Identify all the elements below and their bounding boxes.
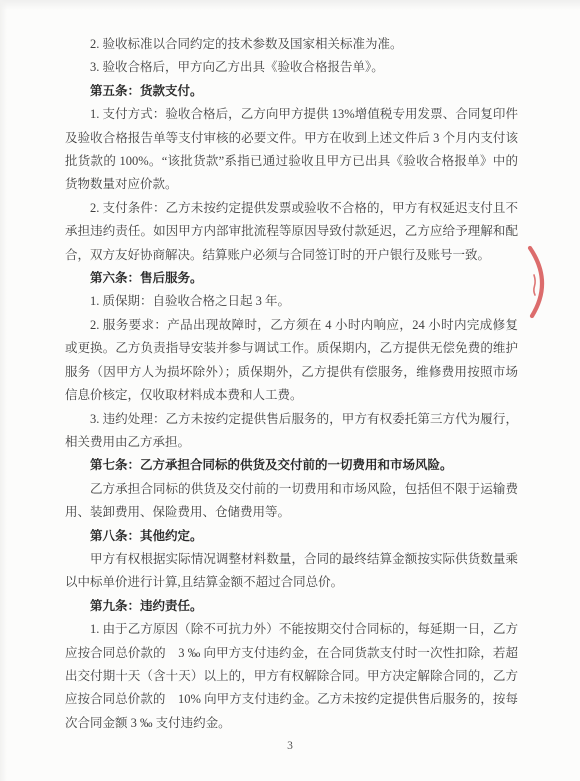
- clause-paragraph: 2. 支付条件：乙方未按约定提供发票或验收不合格的，甲方有权延迟支付且不承担违约…: [65, 197, 518, 267]
- clause-paragraph: 1. 质保期：自验收合格之日起 3 年。: [65, 290, 518, 313]
- clause-paragraph: 2. 验收标准以合同约定的技术参数及国家相关标准为准。: [65, 33, 518, 56]
- red-seal-arc: [526, 244, 556, 322]
- clause-paragraph: 3. 验收合格后，甲方向乙方出具《验收合格报告单》。: [65, 56, 518, 79]
- clause-heading: 第七条：乙方承担合同标的供货及交付前的一切费用和市场风险。: [65, 454, 518, 477]
- clause-heading: 第九条：违约责任。: [65, 595, 518, 618]
- clause-paragraph: 3. 违约处理：乙方未按约定提供售后服务的，甲方有权委托第三方代为履行，相关费用…: [65, 408, 518, 455]
- contract-page: 2. 验收标准以合同约定的技术参数及国家相关标准为准。3. 验收合格后，甲方向乙…: [0, 0, 580, 781]
- clause-paragraph: 1. 支付方式：验收合格后，乙方向甲方提供 13%增值税专用发票、合同复印件及验…: [65, 103, 518, 197]
- red-seal-text-mark: [534, 275, 535, 295]
- clause-paragraph: 甲方有权根据实际情况调整材料数量，合同的最终结算金额按实际供货数量乘以中标单价进…: [65, 548, 518, 595]
- red-seal-arc-stroke: [530, 248, 542, 316]
- clause-paragraph: 1. 由于乙方原因（除不可抗力外）不能按期交付合同标的，每延期一日，乙方应按合同…: [65, 618, 518, 735]
- clause-heading: 第五条：货款支付。: [65, 80, 518, 103]
- page-number: 3: [0, 740, 580, 752]
- clause-heading: 第八条：其他约定。: [65, 525, 518, 548]
- scan-edge-top: [0, 0, 580, 10]
- scan-edge-left: [0, 0, 7, 781]
- clause-paragraph: 2. 服务要求：产品出现故障时，乙方须在 4 小时内响应，24 小时内完成修复或…: [65, 314, 518, 408]
- clause-paragraph: 乙方承担合同标的供货及交付前的一切费用和市场风险，包括但不限于运输费用、装卸费用…: [65, 478, 518, 525]
- clause-heading: 第六条：售后服务。: [65, 267, 518, 290]
- contract-body: 2. 验收标准以合同约定的技术参数及国家相关标准为准。3. 验收合格后，甲方向乙…: [65, 33, 518, 735]
